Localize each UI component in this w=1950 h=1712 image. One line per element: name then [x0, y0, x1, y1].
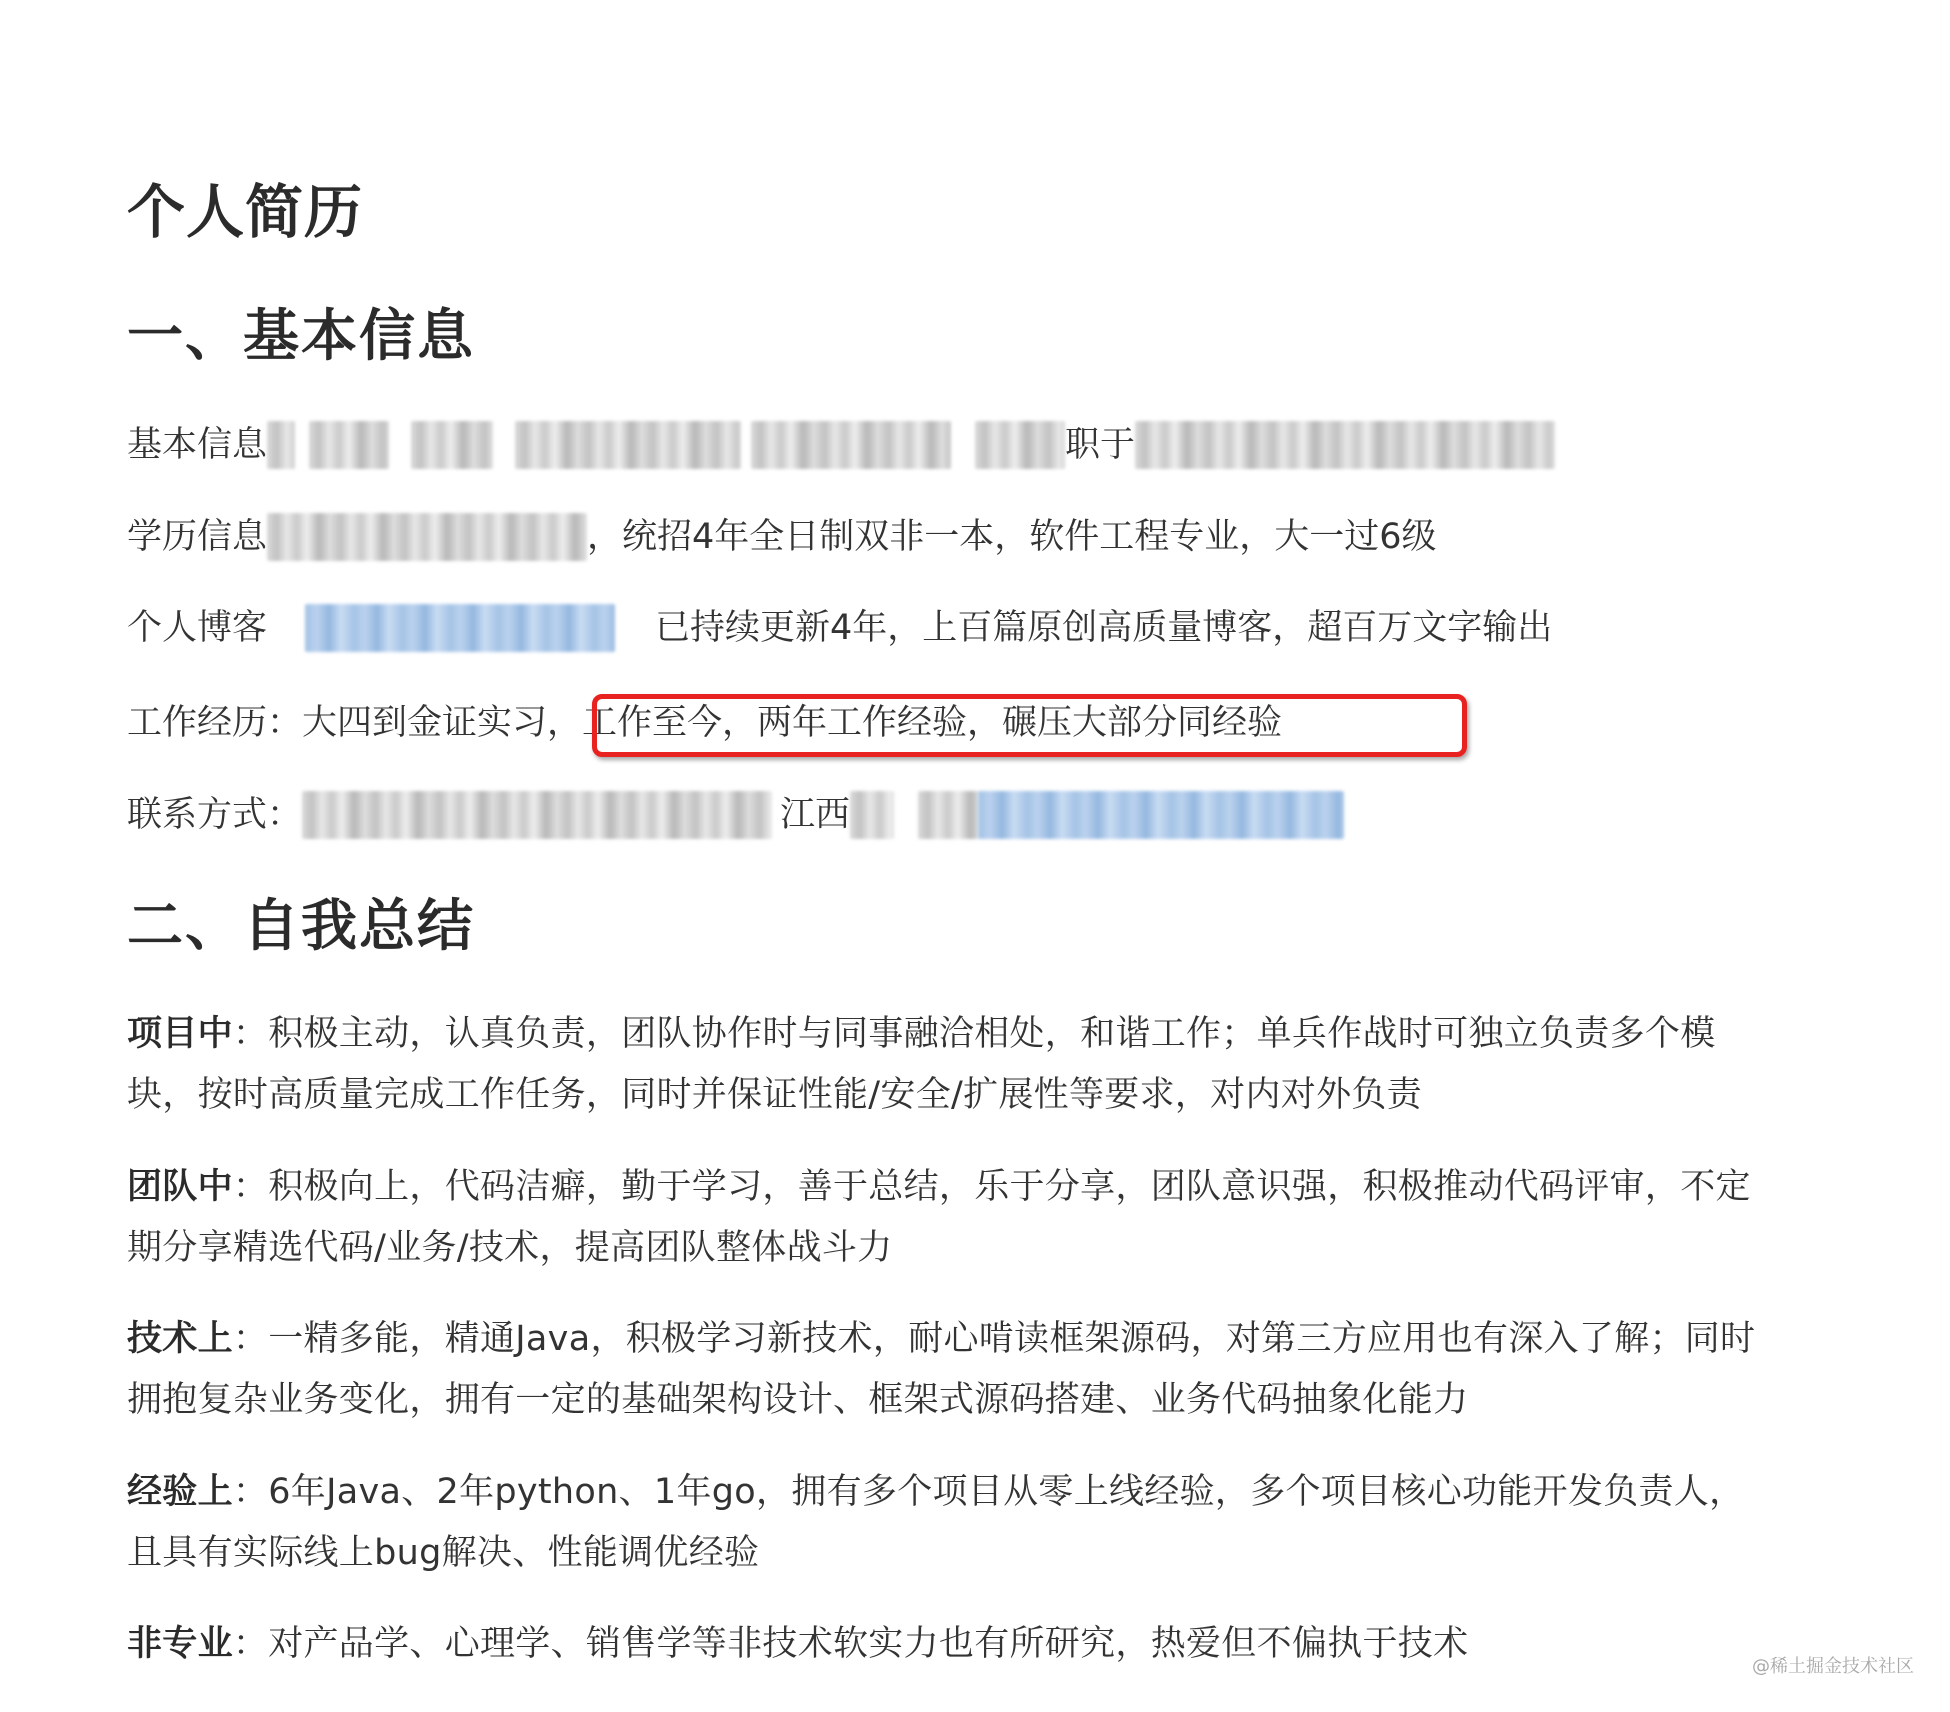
watermark: @稀土掘金技术社区	[1752, 1652, 1914, 1678]
contact-location: 江西	[780, 785, 850, 845]
redacted-block	[411, 421, 493, 469]
work-experience-label: 工作经历：	[127, 693, 302, 753]
redacted-block	[515, 421, 741, 469]
basic-info-label: 基本信息	[127, 415, 267, 475]
paragraph-text: ：积极向上，代码洁癖，勤于学习，善于总结，乐于分享，团队意识强，积极推动代码评审…	[127, 1167, 1751, 1268]
redacted-block	[850, 791, 894, 839]
work-experience-highlighted: 工作至今，两年工作经验，碾压大部分同经验	[582, 693, 1282, 753]
paragraph-lead: 项目中	[127, 1014, 233, 1054]
summary-paragraph-project: 项目中：积极主动，认真负责，团队协作时与同事融洽相处，和谐工作；单兵作战时可独立…	[127, 1004, 1767, 1126]
summary-paragraph-tech: 技术上：一精多能，精通Java，积极学习新技术，耐心啃读框架源码，对第三方应用也…	[127, 1309, 1767, 1431]
blog-line: 个人博客 已持续更新4年，上百篇原创高质量博客，超百万文字输出	[127, 598, 1552, 658]
basic-info-line: 基本信息 职于	[127, 415, 1555, 475]
paragraph-text: ：对产品学、心理学、销售学等非技术软实力也有所研究，热爱但不偏执于技术	[233, 1624, 1469, 1664]
summary-paragraph-non-professional: 非专业：对产品学、心理学、销售学等非技术软实力也有所研究，热爱但不偏执于技术	[127, 1614, 1767, 1675]
page-title: 个人简历	[127, 172, 363, 252]
redacted-block	[918, 791, 978, 839]
contact-label: 联系方式：	[127, 785, 302, 845]
redacted-employer	[1135, 421, 1555, 469]
summary-paragraph-team: 团队中：积极向上，代码洁癖，勤于学习，善于总结，乐于分享，团队意识强，积极推动代…	[127, 1157, 1767, 1279]
paragraph-text: ：积极主动，认真负责，团队协作时与同事融洽相处，和谐工作；单兵作战时可独立负责多…	[127, 1014, 1716, 1115]
education-line: 学历信息 ，统招4年全日制双非一本，软件工程专业，大一过6级	[127, 507, 1437, 567]
paragraph-text: ：一精多能，精通Java，积极学习新技术，耐心啃读框架源码，对第三方应用也有深入…	[127, 1319, 1755, 1420]
paragraph-lead: 团队中	[127, 1167, 233, 1207]
resume-page: 个人简历 一、基本信息 基本信息 职于 学历信息 ，统招4年全日制双非一本，软件…	[0, 0, 1950, 1712]
blog-text: 已持续更新4年，上百篇原创高质量博客，超百万文字输出	[655, 598, 1552, 658]
redacted-email-link[interactable]	[978, 791, 1344, 839]
work-experience-prefix: 大四到金证实习，	[302, 693, 582, 753]
contact-line: 联系方式： 江西	[127, 785, 1344, 845]
paragraph-text: ：6年Java、2年python、1年go，拥有多个项目从零上线经验，多个项目核…	[127, 1472, 1744, 1573]
redacted-block	[309, 421, 389, 469]
education-text: ，统招4年全日制双非一本，软件工程专业，大一过6级	[587, 507, 1437, 567]
redacted-block	[975, 421, 1065, 469]
section-heading-self-summary: 二、自我总结	[127, 888, 475, 964]
paragraph-lead: 非专业	[127, 1624, 233, 1664]
education-label: 学历信息	[127, 507, 267, 567]
redacted-graduation-date	[267, 513, 587, 561]
work-experience-line: 工作经历： 大四到金证实习， 工作至今，两年工作经验，碾压大部分同经验	[127, 693, 1282, 753]
blog-label: 个人博客	[127, 598, 267, 658]
redacted-blog-link[interactable]	[305, 604, 615, 652]
employer-prefix: 职于	[1065, 415, 1135, 475]
section-heading-basic-info: 一、基本信息	[127, 298, 475, 374]
paragraph-lead: 经验上	[127, 1472, 233, 1512]
redacted-block	[267, 421, 295, 469]
redacted-phone	[302, 791, 772, 839]
summary-paragraph-experience: 经验上：6年Java、2年python、1年go，拥有多个项目从零上线经验，多个…	[127, 1462, 1767, 1584]
paragraph-lead: 技术上	[127, 1319, 233, 1359]
redacted-block	[751, 421, 951, 469]
